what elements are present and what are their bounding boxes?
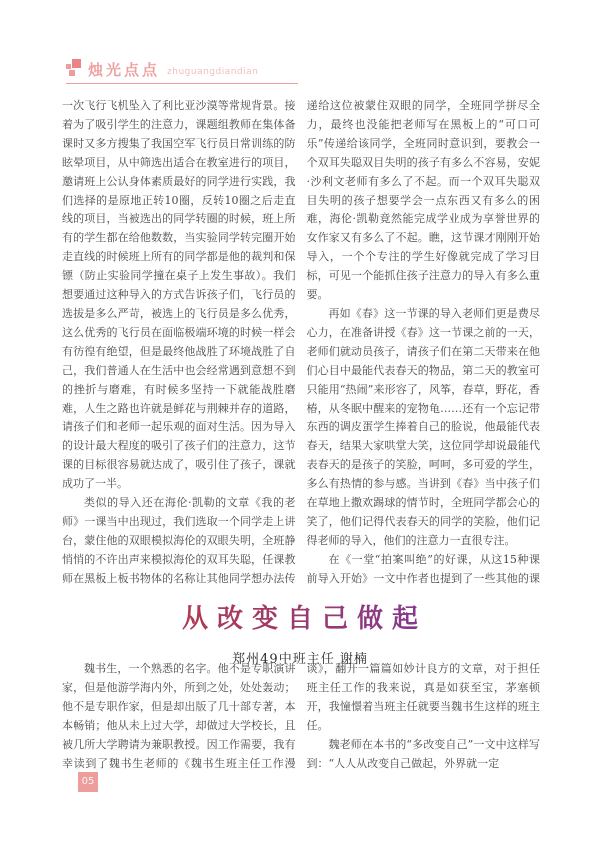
section-title: 烛光点点 [88,63,160,78]
logo-square [69,70,75,76]
section-header: 烛光点点 zhuguangdiandian [66,58,298,84]
article-title: 从改变自己做起 [173,598,427,635]
page-number-badge: 05 [78,772,98,792]
section-subtitle-pinyin: zhuguangdiandian [167,68,258,78]
logo-square [72,59,81,68]
paragraph: 再如《春》这一节课的导入老师们更是费尽心力，在准备讲授《春》这一节课之前的一天，… [307,305,541,551]
article-title-block: 从改变自己做起 郑州49中班主任 谢楠 [0,598,600,667]
logo-square [66,64,71,69]
magazine-page: 烛光点点 zhuguangdiandian 一次飞行飞机坠入了利比亚沙漠等常规背… [0,0,600,849]
paragraph: 魏老师在本书的“多改变自己”一文中这样写到：“人人从改变自己做起，外界就一定 [307,736,541,774]
article-body: 魏书生，一个熟悉的名字。他不是专职演讲家，但是他游学海内外，所到之处，处处轰动；… [62,660,540,776]
article-continuation: 一次飞行飞机坠入了利比亚沙漠等常规背景。接着为了吸引学生的注意力，课题组教师在集… [62,97,540,591]
candle-pixels-icon [66,58,83,78]
paragraph: 一次飞行飞机坠入了利比亚沙漠等常规背景。接着为了吸引学生的注意力，课题组教师在集… [62,97,296,494]
